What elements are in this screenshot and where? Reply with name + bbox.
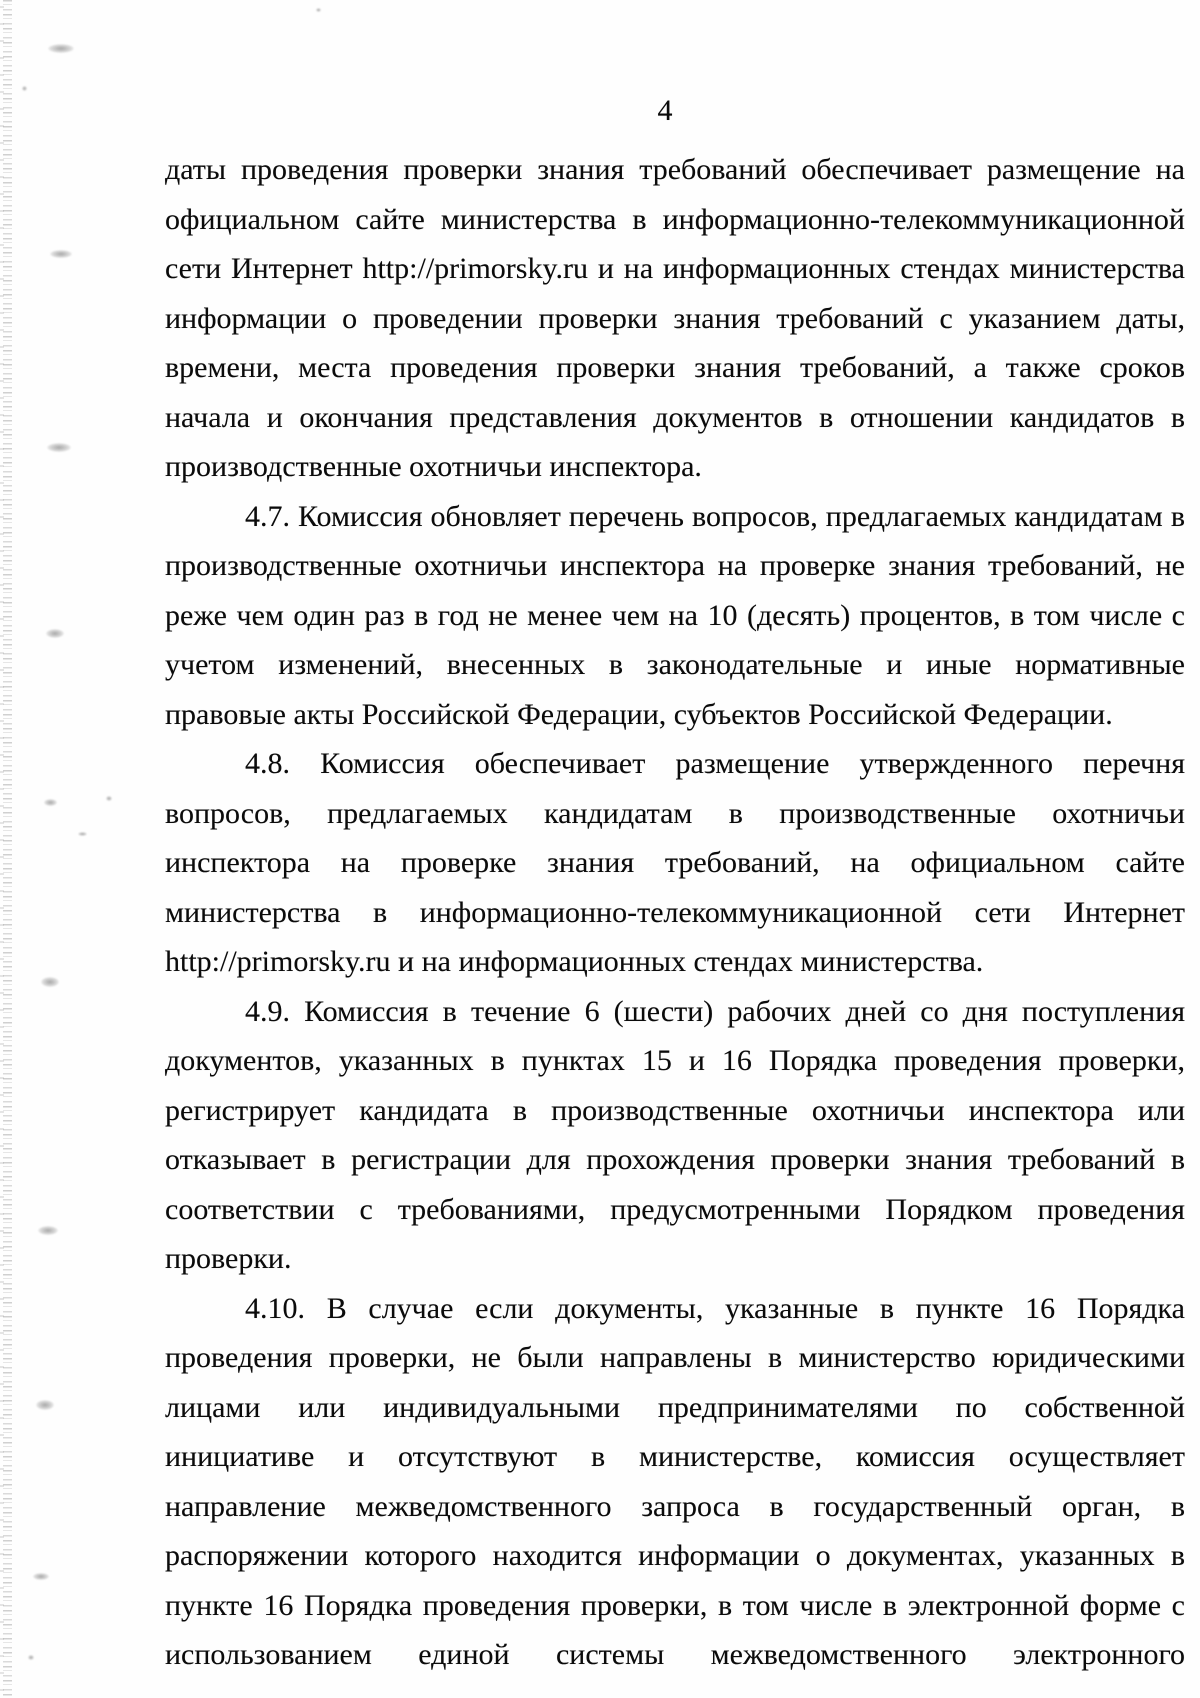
text-line: 4.7. Комиссия обновляет перечень вопросо… [165,492,1185,542]
paragraph-clause-4-7: 4.7. Комиссия обновляет перечень вопросо… [165,492,1185,740]
text-line: учетом изменений, внесенных в законодате… [165,640,1185,690]
text-line: производственные охотничьи инспектора на… [165,541,1185,591]
text-line: проведения проверки, не были направлены … [165,1333,1185,1383]
scan-smudge [33,1573,49,1580]
text-line: реже чем один раз в год не менее чем на … [165,591,1185,641]
text-line: соответствии с требованиями, предусмотре… [165,1185,1185,1235]
scanned-document: { "page": { "number": "4", "paragraphs":… [0,0,1200,1698]
scan-noise-edge [3,0,12,1698]
text-line: использованием единой системы межведомст… [165,1630,1185,1680]
text-line: инспектора на проверке знания требований… [165,838,1185,888]
text-line: 4.8. Комиссия обеспечивает размещение ут… [165,739,1185,789]
paragraph-continuation: даты проведения проверки знания требован… [165,145,1185,492]
scan-smudge [44,799,57,806]
scan-smudge [316,8,321,12]
scan-smudge [78,832,87,836]
text-line: регистрирует кандидата в производственны… [165,1086,1185,1136]
text-line: документов, указанных в пунктах 15 и 16 … [165,1036,1185,1086]
text-line: министерства в информационно-телекоммуни… [165,888,1185,938]
scan-smudge [47,443,71,452]
document-page: 4 даты проведения проверки знания требов… [0,0,1200,1698]
scan-smudge [38,1226,58,1235]
text-line: производственные охотничьи инспектора. [165,442,1185,492]
text-line: вопросов, предлагаемых кандидатам в прои… [165,789,1185,839]
text-line: проверки. [165,1234,1185,1284]
text-line: отказывает в регистрации для прохождения… [165,1135,1185,1185]
text-line: даты проведения проверки знания требован… [165,145,1185,195]
text-line: начала и окончания представления докумен… [165,393,1185,443]
scan-smudge [50,250,72,258]
text-line: направление межведомственного запроса в … [165,1482,1185,1532]
paragraph-clause-4-10: 4.10. В случае если документы, указанные… [165,1284,1185,1680]
scan-noise-edge2 [0,0,4,1698]
scan-smudge [36,1400,54,1410]
text-line: времени, места проведения проверки знани… [165,343,1185,393]
text-line: информации о проведении проверки знания … [165,294,1185,344]
scan-smudge [106,796,112,801]
scan-smudge [46,629,64,638]
text-line: сети Интернет http://primorsky.ru и на и… [165,244,1185,294]
text-line: инициативе и отсутствуют в министерстве,… [165,1432,1185,1482]
paragraph-clause-4-9: 4.9. Комиссия в течение 6 (шести) рабочи… [165,987,1185,1284]
page-number: 4 [155,94,1175,128]
text-line: 4.9. Комиссия в течение 6 (шести) рабочи… [165,987,1185,1037]
text-line: официальном сайте министерства в информа… [165,195,1185,245]
scan-smudge [28,1655,34,1660]
scan-smudge [48,44,74,53]
text-line: лицами или индивидуальными предпринимате… [165,1383,1185,1433]
text-line: 4.10. В случае если документы, указанные… [165,1284,1185,1334]
scan-smudge [22,86,27,91]
text-line: распоряжении которого находится информац… [165,1531,1185,1581]
text-line: пункте 16 Порядка проведения проверки, в… [165,1581,1185,1631]
text-line: http://primorsky.ru и на информационных … [165,937,1185,987]
document-body: даты проведения проверки знания требован… [165,145,1185,1680]
text-line: правовые акты Российской Федерации, субъ… [165,690,1185,740]
paragraph-clause-4-8: 4.8. Комиссия обеспечивает размещение ут… [165,739,1185,987]
scan-smudge [41,977,59,987]
